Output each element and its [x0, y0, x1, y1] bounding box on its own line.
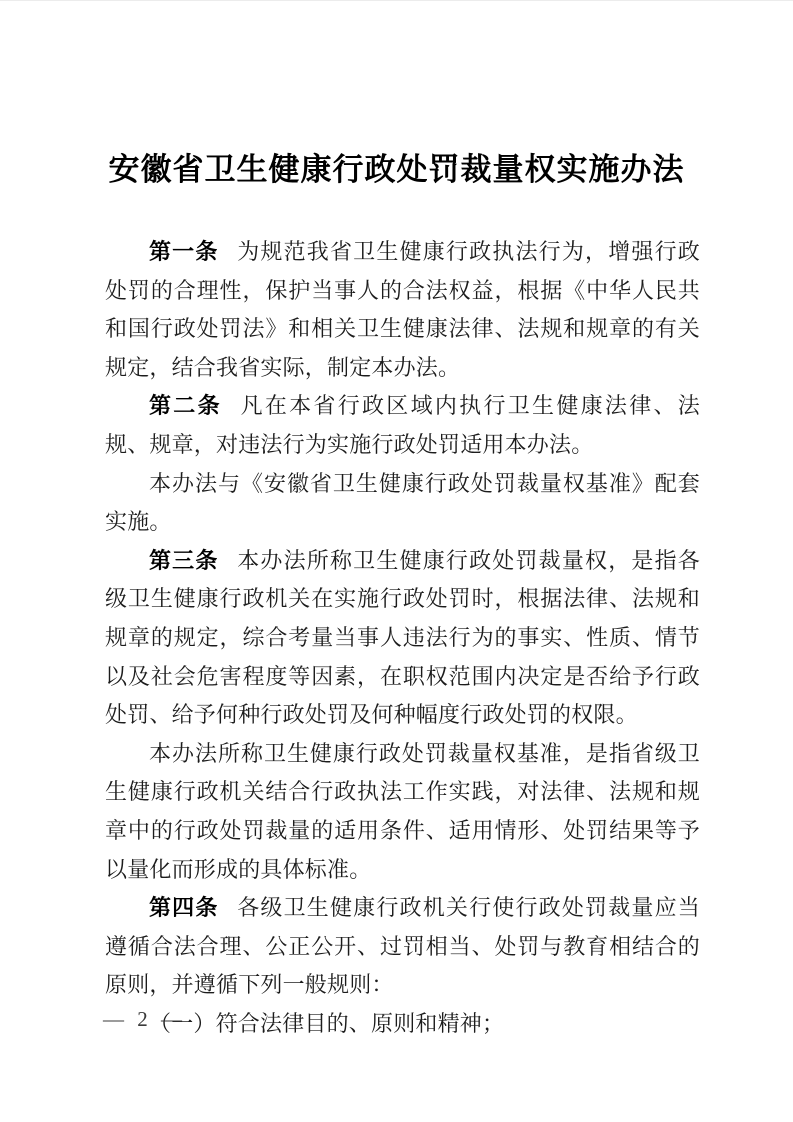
paragraph-text: （一）符合法律目的、原则和精神； [149, 1011, 504, 1036]
paragraph-article-1: 第一条为规范我省卫生健康行政执法行为，增强行政处罚的合理性，保护当事人的合法权益… [105, 233, 700, 387]
document-title: 安徽省卫生健康行政处罚裁量权实施办法 [0, 1, 793, 193]
paragraph-article-2-clause: 本办法与《安徽省卫生健康行政处罚裁量权基准》配套实施。 [105, 465, 700, 542]
document-page: 安徽省卫生健康行政处罚裁量权实施办法 第一条为规范我省卫生健康行政执法行为，增强… [0, 0, 793, 1122]
paragraph-text: 本办法与《安徽省卫生健康行政处罚裁量权基准》配套实施。 [105, 471, 700, 535]
article-number: 第四条 [149, 895, 219, 920]
paragraph-article-3: 第三条本办法所称卫生健康行政处罚裁量权，是指各级卫生健康行政机关在实施行政处罚时… [105, 542, 700, 735]
paragraph-text: 本办法所称卫生健康行政处罚裁量权基准，是指省级卫生健康行政机关结合行政执法工作实… [105, 741, 700, 882]
article-number: 第三条 [149, 548, 219, 573]
paragraph-article-3-clause: 本办法所称卫生健康行政处罚裁量权基准，是指省级卫生健康行政机关结合行政执法工作实… [105, 735, 700, 889]
paragraph-text: 本办法所称卫生健康行政处罚裁量权，是指各级卫生健康行政机关在实施行政处罚时，根据… [105, 548, 700, 727]
article-number: 第一条 [149, 239, 219, 264]
page-number: — 2 — [103, 1007, 186, 1032]
article-number: 第二条 [149, 393, 222, 418]
document-body: 第一条为规范我省卫生健康行政执法行为，增强行政处罚的合理性，保护当事人的合法权益… [0, 233, 793, 1043]
paragraph-article-4: 第四条各级卫生健康行政机关行使行政处罚裁量应当遵循合法合理、公正公开、过罚相当、… [105, 889, 700, 1005]
paragraph-article-2: 第二条凡在本省行政区域内执行卫生健康法律、法规、规章，对违法行为实施行政处罚适用… [105, 387, 700, 464]
paragraph-article-4-item-1: （一）符合法律目的、原则和精神； [105, 1005, 700, 1044]
